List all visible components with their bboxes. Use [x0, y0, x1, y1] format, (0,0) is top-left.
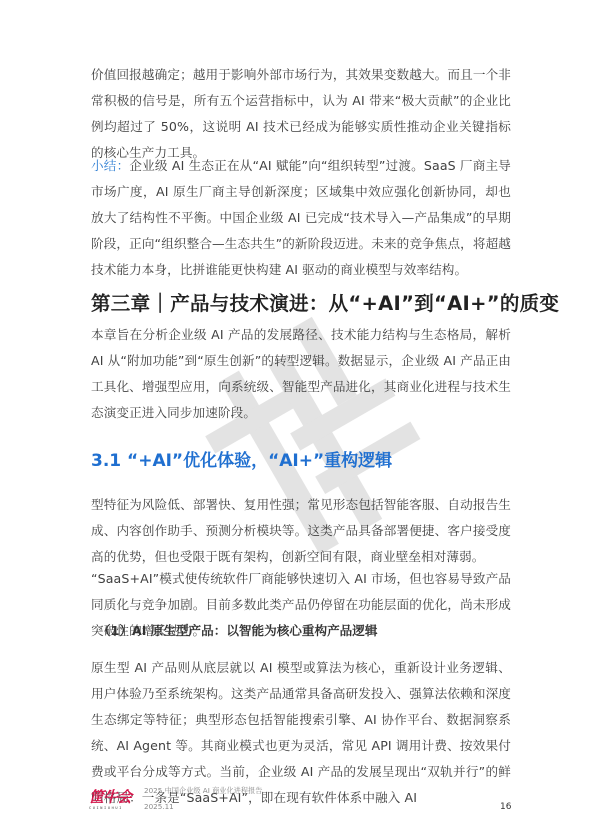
paragraph-summary: 小结：企业级 AI 生态正在从“AI 赋能”向“组织转型”过渡。SaaS 厂商主…	[91, 153, 511, 283]
summary-label: 小结：	[91, 158, 129, 173]
footer-logo: 筐牛会 CUINIUHUI	[89, 789, 139, 811]
paragraph-features: 型特征为风险低、部署快、复用性强；常见形态包括智能客服、自动报告生成、内容创作助…	[91, 492, 511, 570]
footer-date: 2025.11	[144, 802, 174, 811]
paragraph-chapter-intro: 本章旨在分析企业级 AI 产品的发展路径、技术能力结构与生态格局，解析 AI 从…	[91, 322, 511, 426]
paragraph-results: 价值回报越确定；越用于影响外部市场行为，其效果变数越大。而且一个非常积极的信号是…	[91, 62, 511, 166]
page-number: 16	[500, 802, 511, 812]
section-title: 3.1 “+AI”优化体验，“AI+”重构逻辑	[91, 446, 392, 471]
logo-text: 筐牛会	[89, 789, 139, 805]
document-page: 价值回报越确定；越用于影响外部市场行为，其效果变数越大。而且一个非常积极的信号是…	[0, 0, 600, 828]
chapter-title: 第三章｜产品与技术演进：从“+AI”到“AI+”的质变	[91, 288, 531, 316]
logo-subtext: CUINIUHUI	[89, 806, 139, 810]
footer-report-title: 2025 中国企业级 AI 商业化进程报告	[144, 786, 262, 796]
subsection-title: （1）AI 原生型产品：以智能为核心重构产品逻辑	[98, 620, 377, 639]
summary-text: 企业级 AI 生态正在从“AI 赋能”向“组织转型”过渡。SaaS 厂商主导市场…	[91, 158, 511, 277]
